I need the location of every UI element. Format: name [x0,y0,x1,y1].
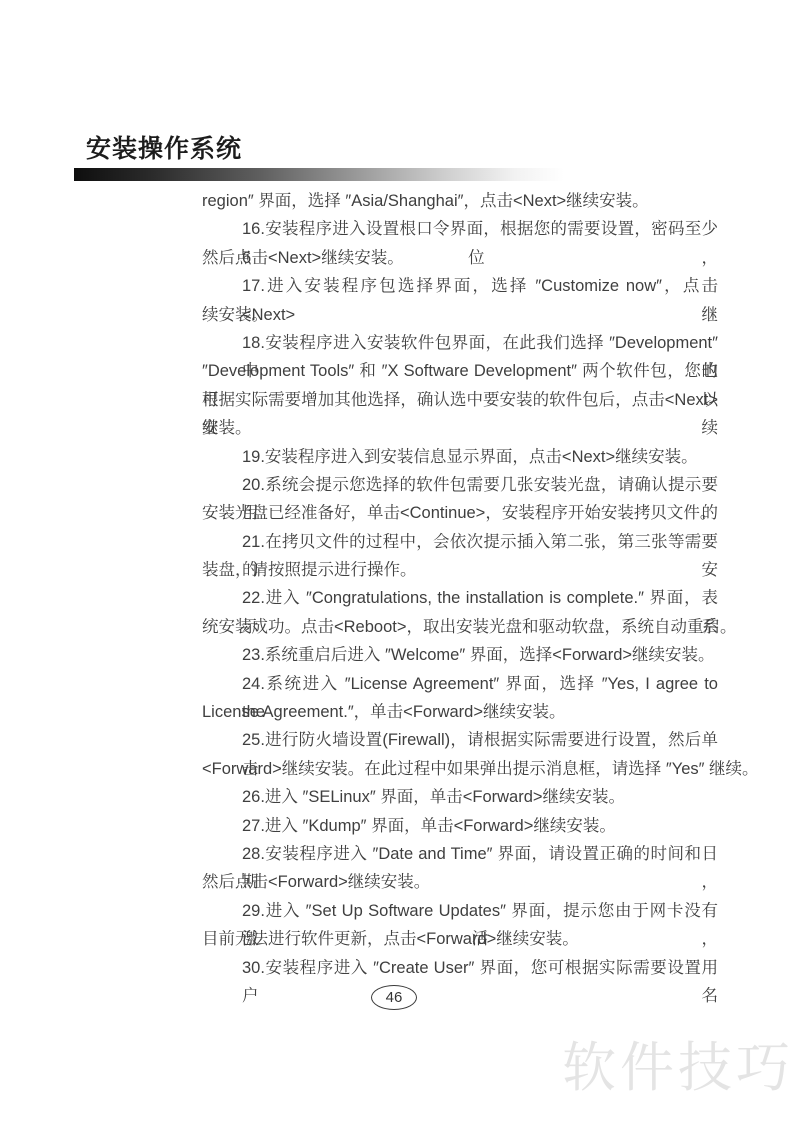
text-line: 安装光盘已经准备好，单击<Continue>，安装程序开始安装拷贝文件。 [202,499,718,527]
page-number: 46 [386,989,403,1006]
body-text: region″ 界面，选择 ″Asia/Shanghai″，点击<Next>继续… [202,187,718,982]
text-line: 29.进入 ″Set Up Software Updates″ 界面，提示您由于… [202,897,718,925]
book-page: 安装操作系统 region″ 界面，选择 ″Asia/Shanghai″，点击<… [0,0,800,1132]
text-line: 17.进入安装程序包选择界面，选择 ″Customize now″，点击<Nex… [202,272,718,300]
text-line: region″ 界面，选择 ″Asia/Shanghai″，点击<Next>继续… [202,187,718,215]
text-line: 27.进入 ″Kdump″ 界面，单击<Forward>继续安装。 [202,812,718,840]
text-line: 26.进入 ″SELinux″ 界面，单击<Forward>继续安装。 [202,783,718,811]
text-line: 20.系统会提示您选择的软件包需要几张安装光盘，请确认提示要用的 [202,471,718,499]
text-line: <Forward>继续安装。在此过程中如果弹出提示消息框，请选择 ″Yes″ 继… [202,755,718,783]
text-line: 28.安装程序进入 ″Date and Time″ 界面，请设置正确的时间和日期… [202,840,718,868]
text-line: 21.在拷贝文件的过程中，会依次提示插入第二张，第三张等需要的安 [202,528,718,556]
text-line: 18.安装程序进入安装软件包界面，在此我们选择 ″Development″ 中的 [202,329,718,357]
text-line: 30.安装程序进入 ″Create User″ 界面，您可根据实际需要设置用户名 [202,954,718,982]
page-title: 安装操作系统 [86,133,242,165]
page-number-badge: 46 [371,985,417,1010]
text-line: 23.系统重启后进入 ″Welcome″ 界面，选择<Forward>继续安装。 [202,641,718,669]
watermark: 软件技巧 [562,1038,794,1098]
text-line: 16.安装程序进入设置根口令界面，根据您的需要设置，密码至少6位， [202,215,718,243]
text-line: ″Development Tools″ 和 ″X Software Develo… [202,357,718,385]
header-gradient-bar [74,168,564,181]
text-line: 22.进入 ″Congratulations, the installation… [202,584,718,612]
text-line: 统安装成功。点击<Reboot>，取出安装光盘和驱动软盘，系统自动重启。 [202,613,718,641]
text-line: 24.系统进入 ″License Agreement″ 界面，选择 ″Yes, … [202,670,718,698]
text-line: 根据实际需要增加其他选择，确认选中要安装的软件包后，点击<Next>继续 [202,386,718,414]
text-line: 25.进行防火墙设置(Firewall)，请根据实际需要进行设置，然后单击 [202,726,718,754]
text-line: License Agreement.″，单击<Forward>继续安装。 [202,698,718,726]
text-line: 19.安装程序进入到安装信息显示界面，点击<Next>继续安装。 [202,443,718,471]
